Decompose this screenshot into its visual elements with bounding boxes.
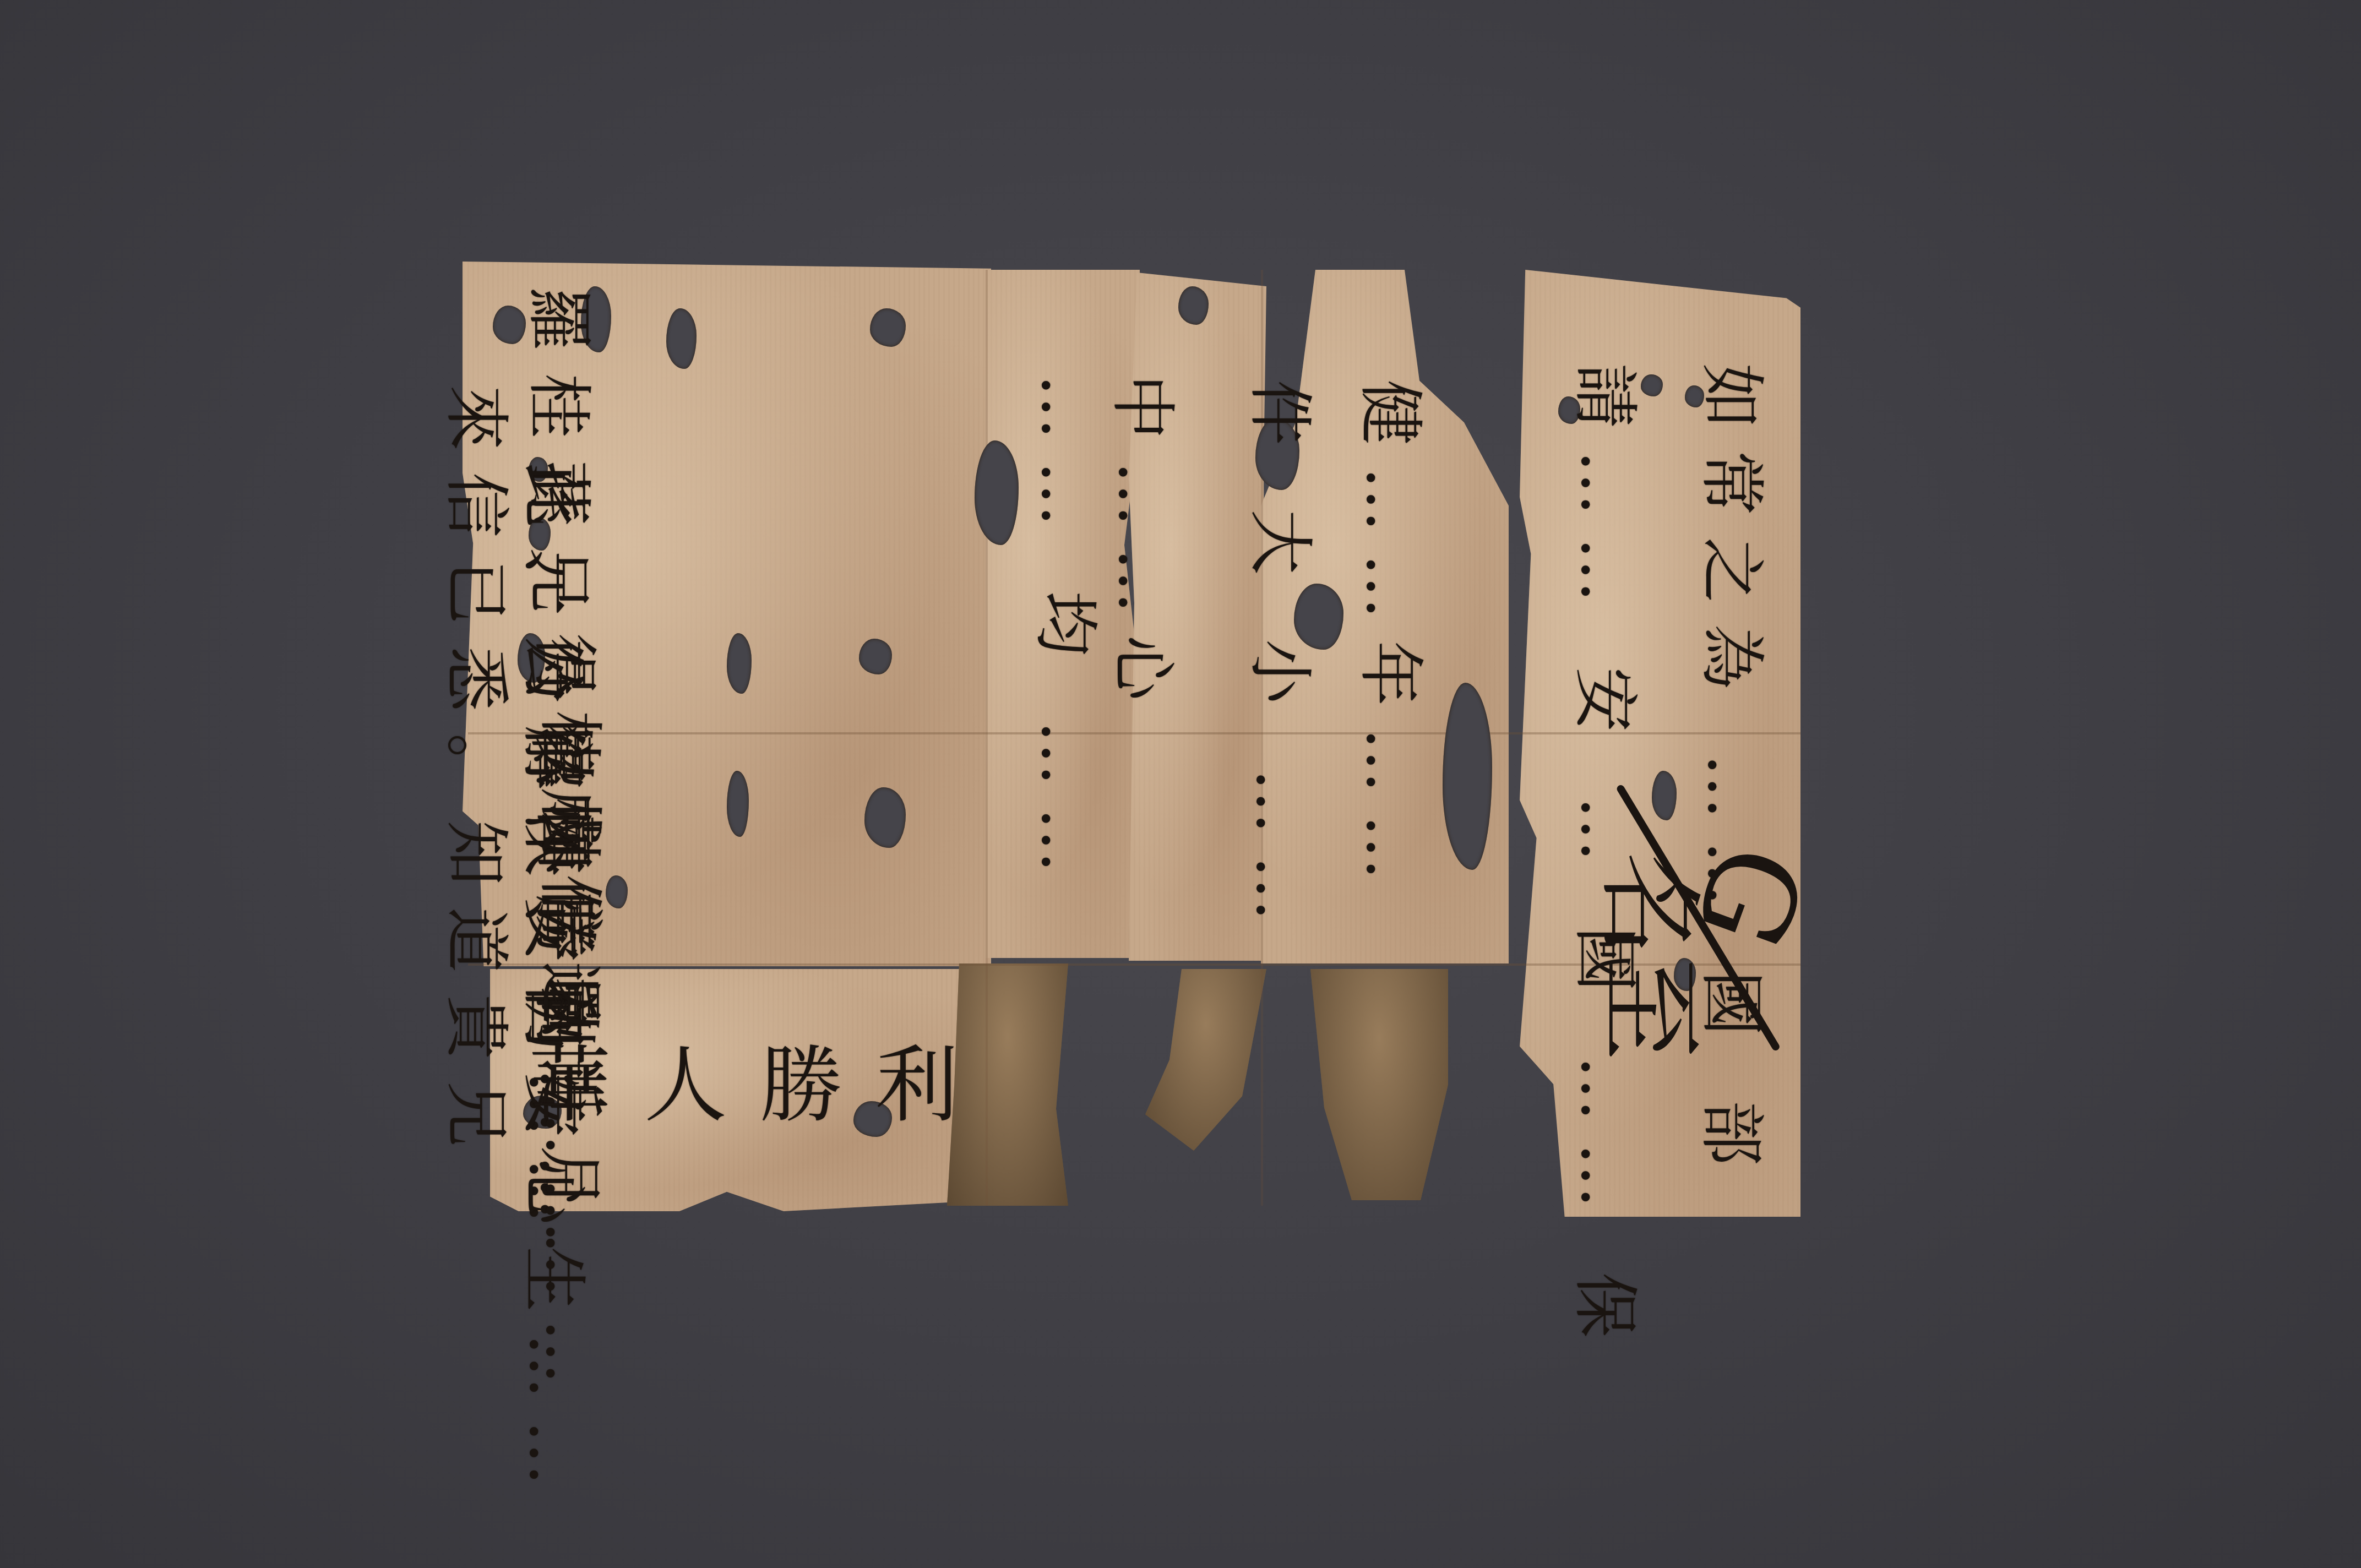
paper-hole — [870, 308, 906, 347]
paper-fragment-torn-dark-c — [1310, 969, 1448, 1200]
letter-row-13: 如常之為 …… 國 部 — [1690, 363, 1784, 1188]
paper-hole — [727, 771, 749, 837]
row-text: 中……心 — [1105, 374, 1180, 722]
bottom-fragment-text-content: 華人勝利 — [529, 1038, 991, 1134]
paper-hole — [1178, 286, 1209, 325]
letter-row-11: 健……年…… — [1349, 380, 1443, 902]
row-text: 來信已悉。知道貴兄 — [438, 385, 514, 1168]
letter-row-9: 中……心 — [1101, 374, 1195, 722]
photo-stage: 羅桂蓀兄 來信已悉。知道貴兄 此、乃得不安回…… 一公解決、仍安心生…… 得以田… — [0, 0, 2361, 1568]
paper-hole — [864, 787, 906, 848]
letter-row-10: 件 大 小 …… — [1239, 380, 1332, 943]
paper-fragment-torn-dark-b — [1145, 969, 1266, 1151]
row-text: …… 均 …… — [1027, 374, 1103, 895]
paper-hole — [975, 440, 1019, 545]
row-text: 如常之為 …… 國 部 — [1694, 363, 1770, 1188]
paper-hole — [727, 633, 752, 694]
bottom-fragment-text: 華人勝利 — [529, 1019, 991, 1137]
paper-hole — [666, 308, 697, 369]
row-text: 件 大 小 …… — [1242, 380, 1318, 943]
paper-hole — [859, 639, 892, 674]
paper-hole — [1443, 683, 1492, 870]
row-text: 健……年…… — [1352, 380, 1428, 902]
